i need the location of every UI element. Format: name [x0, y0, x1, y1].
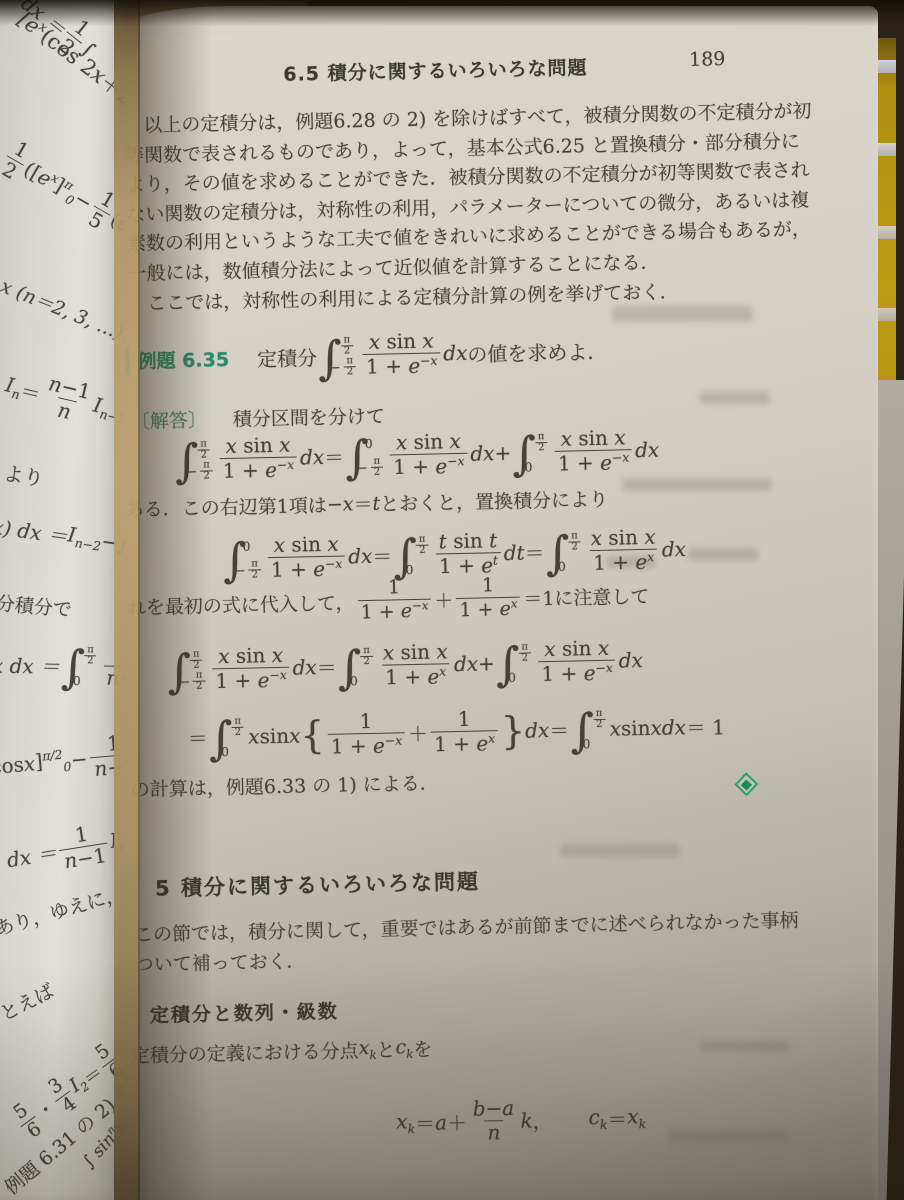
running-header-title: 6.5 積分に関するいろいろな問題 [283, 53, 588, 87]
left-page-fragment: 12([ex]π0−15(ex−1) [0, 134, 124, 269]
left-page-fragment: In ＝ n−1nIn−2 [0, 363, 124, 437]
left-page-fragment: x) dx ＝ In−2−∫ [0, 511, 124, 559]
page-content: 6.5 積分に関するいろいろな問題 189 以上の定積分は，例題6.28 の 2… [116, 11, 904, 1200]
left-page-fragment: x (n＝2, 3, …) につ [0, 272, 124, 360]
equation-partition-points: xk ＝ a ＋ b−ank，ck ＝ xk [396, 1094, 647, 1146]
closing-row: の計算は，例題6.33 の 1) による． [131, 762, 756, 807]
left-page-fragment: とえば [0, 977, 58, 1027]
left-page-fragment: 分積分で [0, 589, 73, 623]
subsection-heading: 定積分と数列・級数 [150, 997, 340, 1028]
equation-combine-2: ＝ ∫π20x sin x{11 + e−x＋11 + ex}dx ＝ ∫π20… [187, 702, 725, 761]
example-label: 例題 6.35 [125, 344, 229, 373]
left-page-fragment: より [2, 457, 46, 492]
book-photo: { "colors":{"accent_green":"#2f9173","pa… [0, 0, 904, 1200]
equation-split-interval: ∫π2−π2x sin x1 + e−x dx ＝ ∫0−π2x sin x1 … [173, 426, 659, 484]
left-page-fragment: dx ＝ 1n−1In [3, 817, 124, 882]
equation-combine-1: ∫π2−π2x sin x1 + e−x dx ＝ ∫π20x sin x1 +… [166, 636, 643, 694]
example-6-35: 例題 6.35 定積分 ∫π2−π2x sin x1 + e−x dx の値を求… [125, 317, 608, 393]
qed-diamond-icon [734, 772, 758, 796]
section-intro-paragraph: この節では，積分に関して，重要ではあるが前節までに述べられなかった事柄ついて補っ… [134, 906, 800, 980]
intro-paragraph: 以上の定積分は，例題6.28 の 2) を除けばすべて，被積分関数の不定積分が初… [124, 96, 816, 318]
solution-intro: 積分区間を分けて [233, 402, 386, 432]
solution-row: 〔解答〕 積分区間を分けて [131, 402, 386, 435]
book-page-left-curled: dx ＝ 12∫[ex(cos 2x＋2 sin 2x12([ex]π0−15(… [0, 0, 124, 1200]
left-page-fragment: x dx ＝ ∫π201n−1 [0, 641, 124, 691]
substitution-note-line: ある．この右辺第1項は −x＝t とおくと，置換積分により [124, 485, 608, 523]
page-number: 189 [689, 48, 726, 71]
book-gutter [114, 0, 140, 1200]
partition-points-line: 定積分の定義における分点 xk と ck を [130, 1035, 432, 1069]
closing-remark: の計算は，例題6.33 の 1) による． [131, 768, 439, 802]
solution-label: 〔解答〕 [131, 405, 208, 434]
example-statement-math: 定積分 ∫π2−π2x sin x1 + e−x dx の値を求めよ． [256, 326, 607, 381]
identity-note-line: れを最初の式に代入して，11 + e−x＋11 + ex＝1 に注意して [126, 572, 649, 629]
section-heading: 5 積分に関するいろいろな問題 [155, 866, 480, 903]
left-page-fragment: cos x]π/20−1n−1∫ [0, 729, 124, 790]
